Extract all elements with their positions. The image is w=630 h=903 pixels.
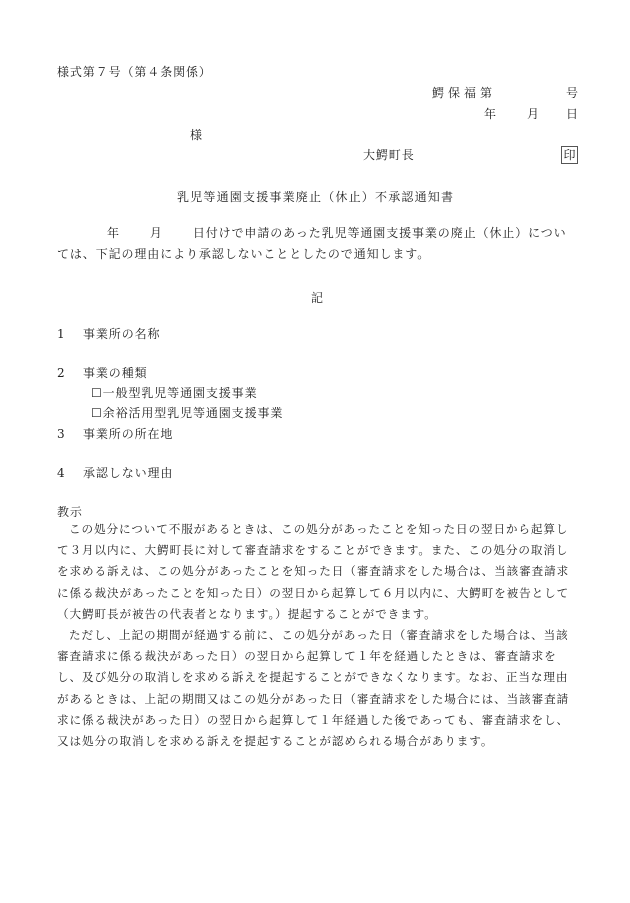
kyoji-paragraph-appeal: この処分について不服があるときは、この処分があったことを知った日の翌日から起算し… — [57, 519, 579, 625]
item-facility-name: 1事業所の名称 — [57, 326, 160, 342]
intro-paragraph: 年月日付けで申請のあった乳児等通園支援事業の廃止（休止）については、下記の理由に… — [57, 223, 579, 265]
checkbox-icon[interactable]: ☐ — [91, 386, 103, 400]
option-surplus-type: ☐余裕活用型乳児等通園支援事業 — [91, 405, 283, 421]
item-number: 1 — [57, 326, 83, 342]
checkbox-icon[interactable]: ☐ — [91, 406, 103, 420]
intro-text: 日付けで申請のあった乳児等通園支援事業の廃止（休止）については、下記の理由により… — [57, 226, 567, 261]
item-number: 3 — [57, 426, 83, 442]
date-month: 月 — [527, 106, 540, 122]
option-general-type: ☐一般型乳児等通園支援事業 — [91, 385, 257, 401]
item-label: 承認しない理由 — [83, 466, 173, 480]
item-label: 事業所の所在地 — [83, 427, 173, 441]
option-label: 一般型乳児等通園支援事業 — [103, 386, 258, 400]
item-business-type: 2事業の種類 — [57, 365, 148, 381]
item-facility-location: 3事業所の所在地 — [57, 426, 173, 442]
document-number-label: 鰐保福第 — [432, 85, 496, 101]
sender-name: 大鰐町長 — [363, 147, 415, 163]
document-number-suffix: 号 — [566, 85, 579, 101]
option-label: 余裕活用型乳児等通園支援事業 — [103, 406, 284, 420]
date-year: 年 — [484, 106, 497, 122]
form-number: 様式第７号（第４条関係） — [57, 64, 212, 80]
item-label: 事業の種類 — [83, 366, 148, 380]
item-number: 2 — [57, 365, 83, 381]
kyoji-paragraph-exception: ただし、上記の期間が経過する前に、この処分があった日（審査請求をした場合は、当該… — [57, 625, 579, 752]
item-rejection-reason: 4承認しない理由 — [57, 465, 173, 481]
date-day: 日 — [566, 106, 579, 122]
intro-month: 月 — [150, 226, 163, 240]
ki-heading: 記 — [311, 290, 324, 306]
item-number: 4 — [57, 465, 83, 481]
seal-stamp-icon: 印 — [561, 146, 578, 164]
addressee-honorific: 様 — [190, 127, 203, 143]
intro-year: 年 — [107, 226, 120, 240]
item-label: 事業所の名称 — [83, 327, 160, 341]
document-title: 乳児等通園支援事業廃止（休止）不承認通知書 — [177, 189, 454, 205]
kyoji-heading: 教示 — [57, 504, 83, 520]
